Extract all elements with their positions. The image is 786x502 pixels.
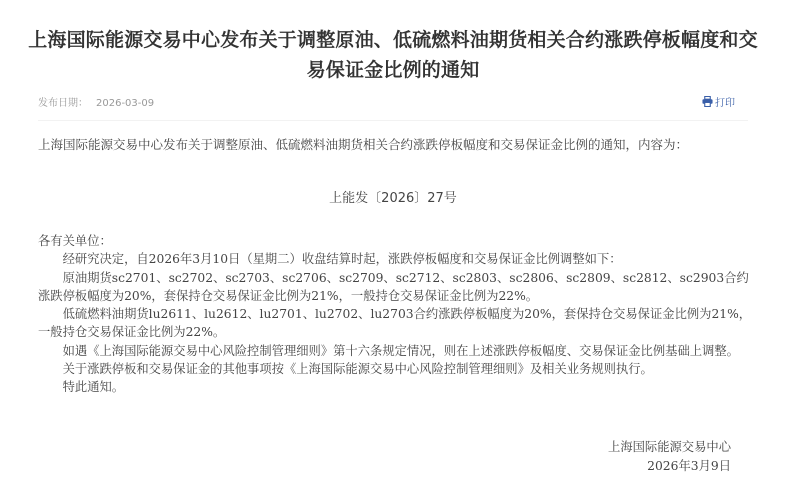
print-button[interactable]: 打印 [702,96,735,112]
signature-date: 2026年3月9日 [608,457,731,476]
publish-date-label: 发布日期： [38,98,88,109]
paragraph-risk-rule: 如遇《上海国际能源交易中心风险控制管理细则》第十六条规定情况，则在上述涨跌停板幅… [38,342,752,360]
signature: 上海国际能源交易中心 2026年3月9日 [608,438,731,476]
printer-icon [702,96,715,112]
paragraph-low-sulfur-fuel-oil: 低硫燃料油期货lu2611、lu2612、lu2701、lu2702、lu270… [38,305,752,342]
paragraph-crude-oil: 原油期货sc2701、sc2702、sc2703、sc2706、sc2709、s… [38,269,752,306]
publish-date: 发布日期：2026-03-09 [38,97,154,111]
notice-body: 各有关单位： 经研究决定，自2026年3月10日（星期二）收盘结算时起，涨跌停板… [38,232,752,397]
print-label: 打印 [715,97,735,111]
document-number: 上能发〔2026〕27号 [0,189,786,209]
paragraph-decision: 经研究决定，自2026年3月10日（星期二）收盘结算时起，涨跌停板幅度和交易保证… [38,250,752,268]
intro-text: 上海国际能源交易中心发布关于调整原油、低硫燃料油期货相关合约涨跌停板幅度和交易保… [38,135,738,155]
signature-org: 上海国际能源交易中心 [608,438,731,457]
salutation: 各有关单位： [38,232,752,250]
publish-date-value: 2026-03-09 [96,98,154,109]
header-divider [38,120,748,121]
paragraph-other-matters: 关于涨跌停板和交易保证金的其他事项按《上海国际能源交易中心风险控制管理细则》及相… [38,360,752,378]
page-title: 上海国际能源交易中心发布关于调整原油、低硫燃料油期货相关合约涨跌停板幅度和交易保… [20,25,766,85]
paragraph-closing: 特此通知。 [38,378,752,396]
